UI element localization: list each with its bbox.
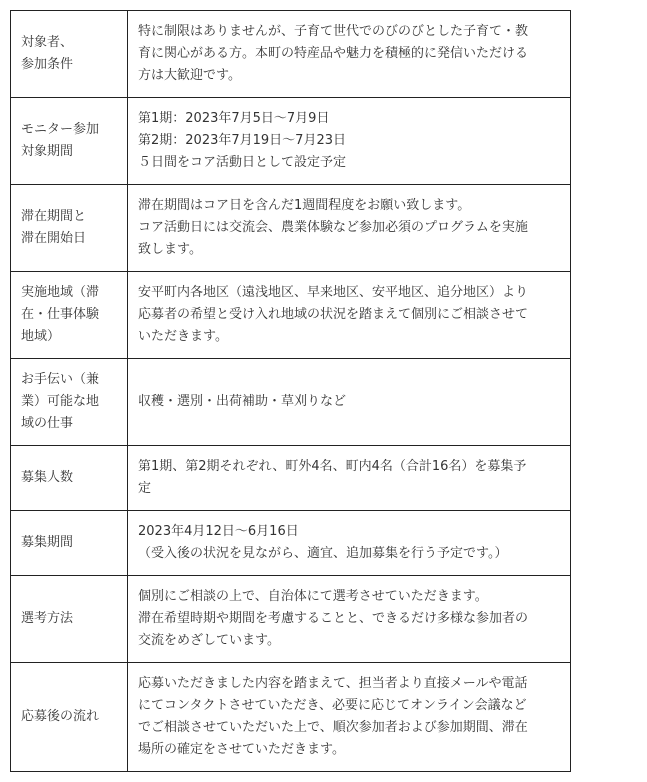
table-row-selection: 選考方法 個別にご相談の上で、自治体にて選考させていただきます。 滞在希望時期や… (11, 576, 571, 663)
row-label: 選考方法 (11, 576, 128, 663)
value-line: 特に制限はありませんが、子育て世代でのびのびとした子育て・教 (138, 21, 560, 43)
row-value: 個別にご相談の上で、自治体にて選考させていただきます。 滞在希望時期や期間を考慮… (128, 576, 571, 663)
label-line: 地域） (21, 326, 117, 348)
table-row-area: 実施地域（滞 在・仕事体験 地域） 安平町内各地区（遠浅地区、早来地区、安平地区… (11, 272, 571, 359)
row-value: 安平町内各地区（遠浅地区、早来地区、安平地区、追分地区）より 応募者の希望と受け… (128, 272, 571, 359)
row-value: 収穫・選別・出荷補助・草刈りなど (128, 359, 571, 446)
value-line: いただきます。 (138, 326, 560, 348)
value-line: 交流をめざしています。 (138, 630, 560, 652)
table-row-stay-period: 滞在期間と 滞在開始日 滞在期間はコア日を含んだ1週間程度をお願い致します。 コ… (11, 185, 571, 272)
value-line: コア活動日には交流会、農業体験など参加必須のプログラムを実施 (138, 217, 560, 239)
row-label: 募集人数 (11, 446, 128, 511)
value-line: 第1期：2023年7月5日〜7月9日 (138, 108, 560, 130)
row-value: 応募いただきました内容を踏まえて、担当者より直接メールや電話 にてコンタクトさせ… (128, 663, 571, 772)
table-row-work: お手伝い（兼 業）可能な地 域の仕事 収穫・選別・出荷補助・草刈りなど (11, 359, 571, 446)
value-line: にてコンタクトさせていただき、必要に応じてオンライン会議など (138, 695, 560, 717)
row-value: 2023年4月12日〜6月16日 （受入後の状況を見ながら、適宜、追加募集を行う… (128, 511, 571, 576)
row-value: 第1期：2023年7月5日〜7月9日 第2期：2023年7月19日〜7月23日 … (128, 98, 571, 185)
table-row-after-application: 応募後の流れ 応募いただきました内容を踏まえて、担当者より直接メールや電話 にて… (11, 663, 571, 772)
label-line: 選考方法 (21, 608, 117, 630)
row-label: 対象者、 参加条件 (11, 11, 128, 98)
value-line: 定 (138, 478, 560, 500)
row-label: 応募後の流れ (11, 663, 128, 772)
value-line: 滞在希望時期や期間を考慮することと、できるだけ多様な参加者の (138, 608, 560, 630)
value-line: ５日間をコア活動日として設定予定 (138, 152, 560, 174)
value-line: 場所の確定をさせていただきます。 (138, 739, 560, 761)
label-line: 滞在期間と (21, 206, 117, 228)
label-line: 参加条件 (21, 54, 117, 76)
value-line: 応募いただきました内容を踏まえて、担当者より直接メールや電話 (138, 673, 560, 695)
table-row-monitor-period: モニター参加 対象期間 第1期：2023年7月5日〜7月9日 第2期：2023年… (11, 98, 571, 185)
label-line: 滞在開始日 (21, 228, 117, 250)
label-line: 募集期間 (21, 532, 117, 554)
label-line: 募集人数 (21, 467, 117, 489)
value-line: （受入後の状況を見ながら、適宜、追加募集を行う予定です。） (138, 543, 560, 565)
label-line: 域の仕事 (21, 413, 117, 435)
value-line: 第2期：2023年7月19日〜7月23日 (138, 130, 560, 152)
value-line: 滞在期間はコア日を含んだ1週間程度をお願い致します。 (138, 195, 560, 217)
label-line: 実施地域（滞 (21, 282, 117, 304)
label-line: 在・仕事体験 (21, 304, 117, 326)
table-row-recruitment-period: 募集期間 2023年4月12日〜6月16日 （受入後の状況を見ながら、適宜、追加… (11, 511, 571, 576)
label-line: 対象者、 (21, 32, 117, 54)
row-value: 特に制限はありませんが、子育て世代でのびのびとした子育て・教 育に関心がある方。… (128, 11, 571, 98)
label-line: 対象期間 (21, 141, 117, 163)
row-label: 募集期間 (11, 511, 128, 576)
table-row-target: 対象者、 参加条件 特に制限はありませんが、子育て世代でのびのびとした子育て・教… (11, 11, 571, 98)
value-line: でご相談させていただいた上で、順次参加者および参加期間、滞在 (138, 717, 560, 739)
value-line: 個別にご相談の上で、自治体にて選考させていただきます。 (138, 586, 560, 608)
row-label: 滞在期間と 滞在開始日 (11, 185, 128, 272)
label-line: お手伝い（兼 (21, 369, 117, 391)
value-line: 2023年4月12日〜6月16日 (138, 521, 560, 543)
value-line: 安平町内各地区（遠浅地区、早来地区、安平地区、追分地区）より (138, 282, 560, 304)
value-line: 方は大歓迎です。 (138, 65, 560, 87)
label-line: 業）可能な地 (21, 391, 117, 413)
label-line: 応募後の流れ (21, 706, 117, 728)
value-line: 致します。 (138, 239, 560, 261)
row-label: お手伝い（兼 業）可能な地 域の仕事 (11, 359, 128, 446)
row-value: 滞在期間はコア日を含んだ1週間程度をお願い致します。 コア活動日には交流会、農業… (128, 185, 571, 272)
value-line: 応募者の希望と受け入れ地域の状況を踏まえて個別にご相談させて (138, 304, 560, 326)
row-label: モニター参加 対象期間 (11, 98, 128, 185)
label-line: モニター参加 (21, 119, 117, 141)
table-row-capacity: 募集人数 第1期、第2期それぞれ、町外4名、町内4名（合計16名）を募集予 定 (11, 446, 571, 511)
value-line: 育に関心がある方。本町の特産品や魅力を積極的に発信いただける (138, 43, 560, 65)
program-details-table: 対象者、 参加条件 特に制限はありませんが、子育て世代でのびのびとした子育て・教… (10, 10, 571, 772)
value-line: 収穫・選別・出荷補助・草刈りなど (138, 391, 560, 413)
row-label: 実施地域（滞 在・仕事体験 地域） (11, 272, 128, 359)
value-line: 第1期、第2期それぞれ、町外4名、町内4名（合計16名）を募集予 (138, 456, 560, 478)
row-value: 第1期、第2期それぞれ、町外4名、町内4名（合計16名）を募集予 定 (128, 446, 571, 511)
